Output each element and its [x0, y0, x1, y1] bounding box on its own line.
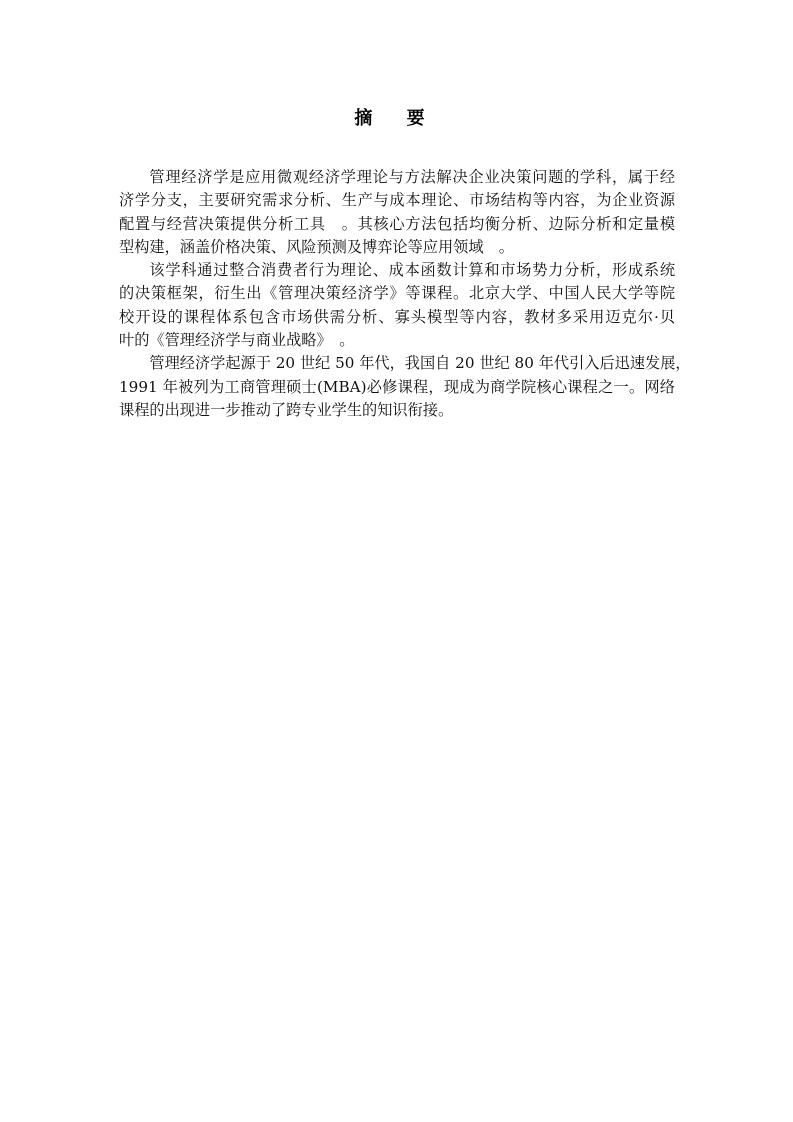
- text-line: 配置与经营决策提供分析工具 。其核心方法包括均衡分析、边际分析和定量模: [119, 213, 675, 236]
- text-line: 叶的《管理经济学与商业战略》 。: [119, 329, 675, 352]
- text-line: 校开设的课程体系包含市场供需分析、寡头模型等内容，教材多采用迈克尔·贝: [119, 306, 675, 329]
- paragraph-2: 该学科通过整合消费者行为理论、成本函数计算和市场势力分析，形成系统 的决策框架，…: [119, 259, 675, 352]
- paragraph-1: 管理经济学是应用微观经济学理论与方法解决企业决策问题的学科，属于经 济学分支，主…: [119, 166, 675, 259]
- text-line: 1991 年被列为工商管理硕士(MBA)必修课程，现成为商学院核心课程之一。网络: [119, 376, 675, 399]
- text-line: 管理经济学是应用微观经济学理论与方法解决企业决策问题的学科，属于经: [119, 166, 675, 189]
- abstract-body: 管理经济学是应用微观经济学理论与方法解决企业决策问题的学科，属于经 济学分支，主…: [119, 166, 675, 422]
- abstract-title: 摘 要: [0, 104, 793, 130]
- text-line: 管理经济学起源于 20 世纪 50 年代，我国自 20 世纪 80 年代引入后迅…: [119, 352, 675, 375]
- text-line: 济学分支，主要研究需求分析、生产与成本理论、市场结构等内容，为企业资源: [119, 189, 675, 212]
- text-line: 课程的出现进一步推动了跨专业学生的知识衔接。: [119, 399, 675, 422]
- text-line: 的决策框架，衍生出《管理决策经济学》等课程。北京大学、中国人民大学等院: [119, 282, 675, 305]
- paragraph-3: 管理经济学起源于 20 世纪 50 年代，我国自 20 世纪 80 年代引入后迅…: [119, 352, 675, 422]
- text-line: 该学科通过整合消费者行为理论、成本函数计算和市场势力分析，形成系统: [119, 259, 675, 282]
- text-line: 型构建，涵盖价格决策、风险预测及博弈论等应用领域 。: [119, 236, 675, 259]
- document-page: 摘 要 管理经济学是应用微观经济学理论与方法解决企业决策问题的学科，属于经 济学…: [0, 0, 793, 1122]
